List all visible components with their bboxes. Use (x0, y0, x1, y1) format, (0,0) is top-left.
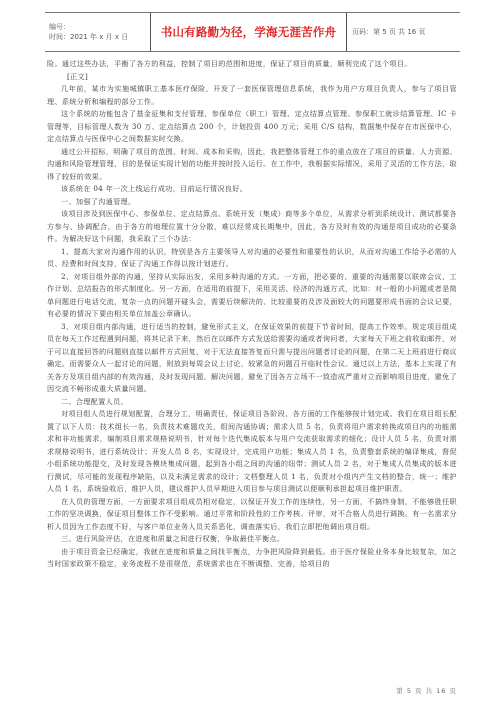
paragraph: 险。通过这些办法，平衡了各方的利益，控制了项目的范围和进度，保证了项目的质量，顺… (47, 58, 457, 71)
paragraph: 几年前，某市为实施城镇职工基本医疗保险，开发了一套医保管理信息系统，我作为用户方… (47, 83, 457, 108)
paragraph: 对项目组人员进行规划配置，合理分工，明确责任，保证项目各阶段、各方面的工作能够按… (47, 408, 457, 496)
document-number-label: 编号： (49, 22, 70, 32)
paragraph: 该项目涉及到医保中心、参保单位、定点结算点、系统开发（集成）商等多个单位，从需求… (47, 208, 457, 246)
paragraph: 这个系统的功能包含了基金征集和支付管理、参保单位（职工）管理、定点结算点管理、参… (47, 108, 457, 146)
section-heading: 二、合理配置人员。 (47, 396, 457, 409)
list-item: 3、对项目组内部沟通，进行适当的控制，避免形式主义，在保证效果的前提下节省时间，… (47, 321, 457, 396)
list-item: 2、对项目组外部的沟通，坚持从实际出发，采用多种沟通的方式。一方面，把必要的、重… (47, 271, 457, 321)
section-heading: 三、进行风险评估，在进度和质量之间进行权衡，争取最佳平衡点。 (47, 533, 457, 546)
section-marker-main-text: [正文] (47, 71, 457, 84)
header-page-cell: 页码：第 5 页 共 16 页 (347, 13, 460, 51)
paragraph: 该系统在 04 年一次上线运行成功，目前运行情况良好。 (47, 183, 457, 196)
document-body: 险。通过这些办法，平衡了各方的利益，控制了项目的范围和进度，保证了项目的质量，顺… (47, 58, 457, 571)
document-time-label: 时间：2021 年 x 月 x 日 (49, 32, 128, 42)
paragraph: 通过公开招标，明确了项目的范围、时间、成本和采购，因此，我把整体管理工作的重点放… (47, 146, 457, 184)
paragraph: 在人员的管理方面，一方面要求项目组成员相对稳定，以保证开发工作的连续性，另一方面… (47, 496, 457, 534)
page-footer-number: 第 5 页 共 16 页 (396, 686, 457, 695)
section-heading: 一、加强了沟通管理。 (47, 196, 457, 209)
paragraph: 由于项目资金已经确定，我就在进度和质量之间找平衡点，力争把风险降到最低。由于医疗… (47, 546, 457, 571)
header-motto: 书山有路勤为径，学海无涯苦作舟 (161, 24, 337, 40)
header-motto-cell: 书山有路勤为径，学海无涯苦作舟 (151, 13, 347, 51)
header-page-number: 页码：第 5 页 共 16 页 (352, 27, 426, 37)
list-item: 1、提高大家对沟通作用的认识，特别是各方主要领导人对沟通的必要性和重要性的认识，… (47, 246, 457, 271)
header-meta-cell: 编号： 时间：2021 年 x 月 x 日 (45, 13, 151, 51)
page-header: 编号： 时间：2021 年 x 月 x 日 书山有路勤为径，学海无涯苦作舟 页码… (45, 12, 460, 52)
